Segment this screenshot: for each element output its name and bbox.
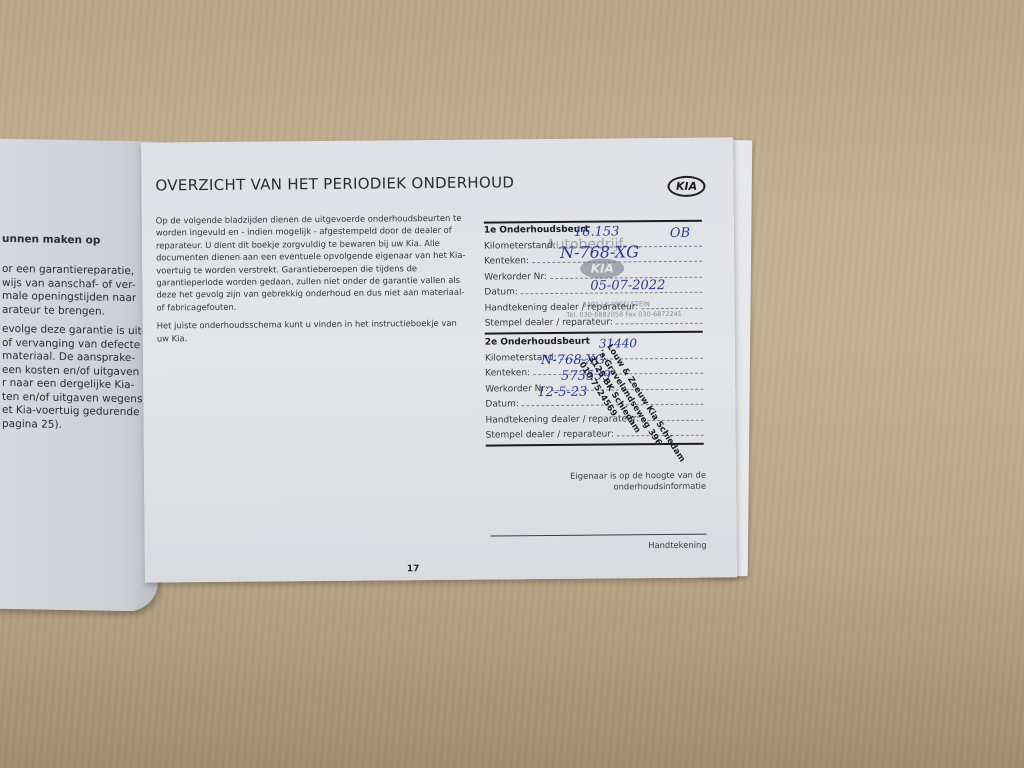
service-1-stamp-address: 3401 LK IJSSELSTEIN bbox=[582, 300, 649, 309]
left-page-paragraph-1: or een garantiereparatie, wijs van aansc… bbox=[2, 263, 136, 319]
service-1-km-handwritten: 16.153 bbox=[574, 224, 620, 239]
left-page-paragraph-2: evolge deze garantie is uit- of vervangi… bbox=[2, 323, 145, 434]
service-1-kenteken-handwritten: N-768-XG bbox=[560, 242, 639, 262]
page-number: 17 bbox=[407, 564, 420, 574]
maintenance-page: OVERZICHT VAN HET PERIODIEK ONDERHOUD KI… bbox=[141, 137, 737, 582]
kia-logo-icon: KIA bbox=[667, 176, 705, 197]
service-1-datum-handwritten: 05-07-2022 bbox=[590, 278, 665, 294]
service-1-note-handwritten: OB bbox=[670, 226, 690, 241]
intro-text: Op de volgende bladzijden dienen de uitg… bbox=[156, 212, 469, 351]
signature-label: Handtekening bbox=[615, 540, 707, 551]
left-page-heading: unnen maken op bbox=[2, 233, 100, 248]
service-1-stamp-phone: Tel. 030-6882058 Fax 030-6872241 bbox=[567, 310, 682, 319]
owner-note: Eigenaar is op de hoogte van de onderhou… bbox=[536, 470, 706, 493]
page-title: OVERZICHT VAN HET PERIODIEK ONDERHOUD bbox=[155, 173, 514, 194]
signature-line bbox=[491, 534, 707, 537]
left-page: unnen maken op or een garantiereparatie,… bbox=[0, 138, 158, 611]
service-2-datum-handwritten: 12-5-23 bbox=[537, 385, 587, 400]
